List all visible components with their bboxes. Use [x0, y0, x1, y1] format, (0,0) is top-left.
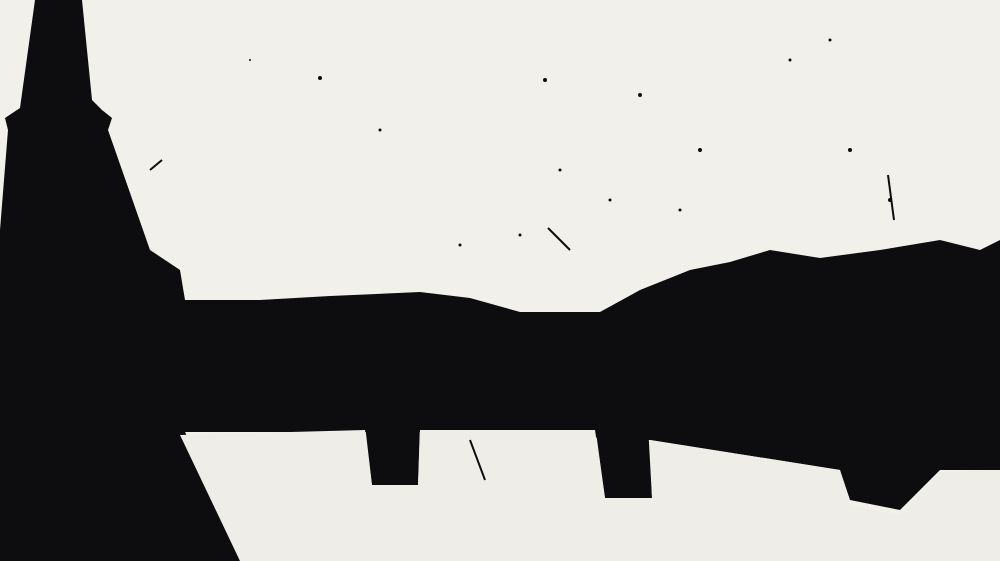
- bridge-pier-left: [365, 425, 420, 485]
- bridge-pier-right: [595, 425, 652, 498]
- artwork-canvas: [0, 0, 1000, 561]
- ink-illustration: [0, 0, 1000, 561]
